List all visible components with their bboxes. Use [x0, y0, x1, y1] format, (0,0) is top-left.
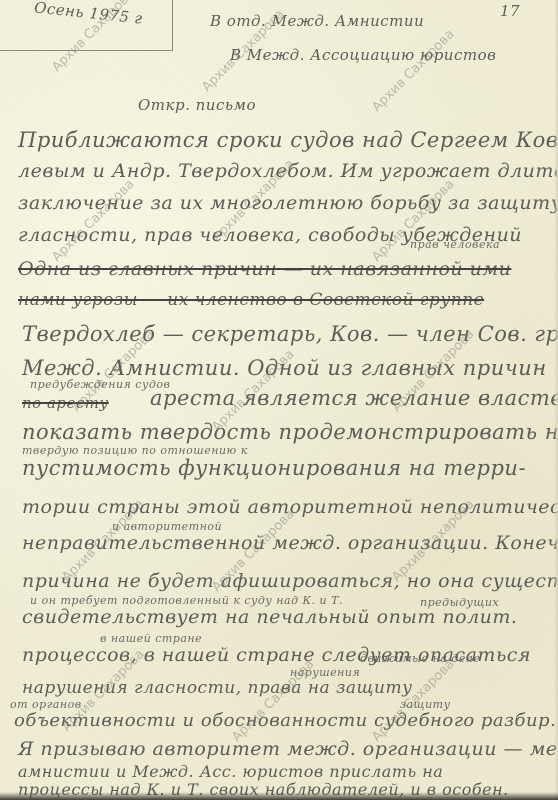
- text-line: причина не будет афишироваться, но она с…: [22, 570, 558, 592]
- heading: Откр. письмо: [138, 96, 256, 114]
- text-line: свидетельствует на печальный опыт полит.: [22, 606, 517, 628]
- watermark: Архив Сахарова: [49, 177, 137, 265]
- text-line: амнистии и Межд. Асс. юристов прислать н…: [18, 762, 443, 781]
- text-line: показать твердость продемонстрировать не…: [22, 420, 558, 444]
- text-line: Я призываю авторитет межд. организации —…: [18, 738, 558, 760]
- struck-line: Одна из главных причин — их навязанной и…: [18, 258, 511, 280]
- text-line: Твердохлеб — секретарь, Ков. — член Сов.…: [22, 322, 558, 346]
- text-line: объективности и обоснованности судебного…: [14, 710, 556, 731]
- addressee-line: В отд. Межд. Амнистии: [210, 12, 424, 30]
- insertion: движимые на деле: [360, 652, 480, 665]
- text-line: пустимость функционирования на терри-: [22, 456, 526, 480]
- text-line: Приближаются сроки судов над Сергеем Ков…: [18, 128, 558, 152]
- text-line: нарушения гласности, права на защиту: [22, 678, 412, 698]
- page-edge: [0, 792, 558, 800]
- text-line: ареста является желание властей: [150, 386, 558, 410]
- insertion: прав человека: [410, 238, 500, 251]
- scanned-document-page: Осень 1975 г 17 В отд. Межд. Амнистии В …: [0, 0, 558, 800]
- watermark: Архив Сахарова: [369, 177, 457, 265]
- watermark: Архив Сахарова: [229, 657, 317, 745]
- addressee-line: В Межд. Ассоциацию юристов: [230, 46, 496, 64]
- watermark: Архив Сахарова: [369, 27, 457, 115]
- page-edge: [554, 0, 558, 800]
- struck-line: нами угрозы — их членство в Советской гр…: [18, 290, 484, 310]
- page-number: 17: [500, 2, 520, 20]
